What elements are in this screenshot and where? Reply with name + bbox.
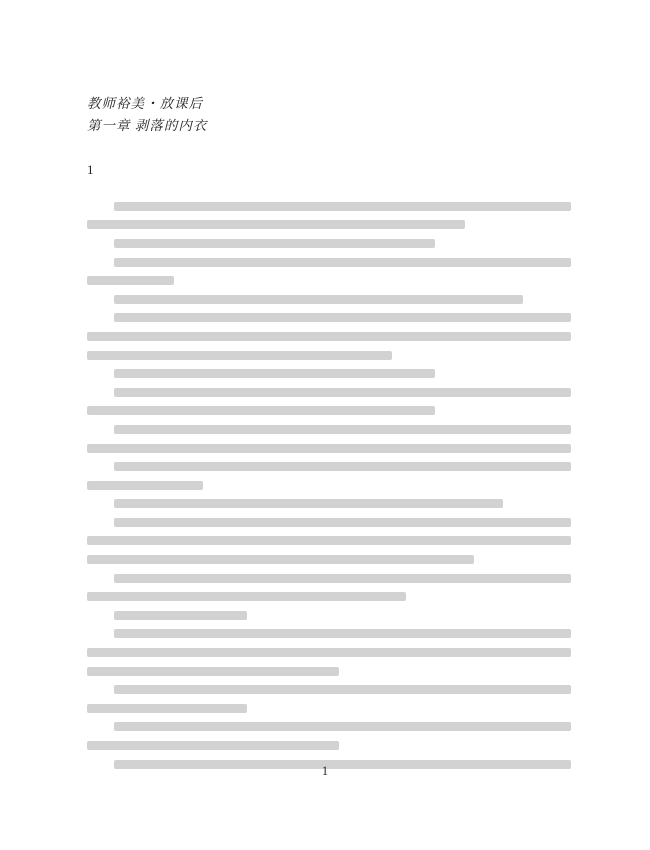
- redaction-bar: [114, 258, 571, 267]
- redacted-text-line: [87, 495, 571, 514]
- redacted-text-line: [87, 364, 571, 383]
- book-title: 教师裕美・放课后: [87, 93, 571, 115]
- redacted-text-line: [87, 662, 571, 681]
- redaction-bar: [87, 741, 339, 750]
- redaction-bar: [87, 444, 571, 453]
- page-number: 1: [0, 764, 650, 779]
- redaction-bar: [114, 611, 247, 620]
- chapter-title: 第一章 剥落的内衣: [87, 115, 571, 137]
- redacted-paragraph: [87, 495, 571, 514]
- redacted-text-line: [87, 327, 571, 346]
- redacted-text-line: [87, 457, 571, 476]
- redacted-text-line: [87, 197, 571, 216]
- redaction-bar: [87, 667, 339, 676]
- redacted-paragraph: [87, 309, 571, 365]
- redaction-bar: [114, 388, 571, 397]
- redacted-text-line: [87, 439, 571, 458]
- redacted-text-line: [87, 680, 571, 699]
- redaction-bar: [87, 536, 571, 545]
- redaction-bar: [87, 276, 174, 285]
- redaction-bar: [114, 462, 571, 471]
- redaction-bar: [87, 704, 247, 713]
- redaction-bar: [114, 313, 571, 322]
- text-area: 教师裕美・放课后 第一章 剥落的内衣 1: [87, 93, 571, 773]
- redacted-text-line: [87, 309, 571, 328]
- redacted-text-line: [87, 569, 571, 588]
- redacted-paragraph: [87, 234, 571, 253]
- redaction-bar: [87, 648, 571, 657]
- redacted-text-line: [87, 587, 571, 606]
- redacted-paragraph: [87, 569, 571, 606]
- redacted-paragraph: [87, 290, 571, 309]
- redacted-text-line: [87, 253, 571, 272]
- redacted-text-line: [87, 699, 571, 718]
- redaction-bar: [87, 592, 406, 601]
- redacted-paragraph: [87, 383, 571, 420]
- redacted-text-line: [87, 346, 571, 365]
- document-page: 教师裕美・放课后 第一章 剥落的内衣 1 1: [0, 0, 650, 850]
- redacted-text-line: [87, 532, 571, 551]
- body-text-redacted: [87, 197, 571, 773]
- redacted-text-line: [87, 271, 571, 290]
- redacted-paragraph: [87, 680, 571, 717]
- redacted-text-line: [87, 625, 571, 644]
- redaction-bar: [114, 239, 435, 248]
- redaction-bar: [114, 499, 503, 508]
- redacted-text-line: [87, 234, 571, 253]
- redaction-bar: [114, 629, 571, 638]
- redacted-paragraph: [87, 364, 571, 383]
- redaction-bar: [114, 202, 571, 211]
- redaction-bar: [87, 332, 571, 341]
- redacted-text-line: [87, 513, 571, 532]
- redaction-bar: [87, 406, 435, 415]
- redacted-text-line: [87, 718, 571, 737]
- redacted-text-line: [87, 643, 571, 662]
- section-number: 1: [87, 161, 571, 179]
- redaction-bar: [87, 555, 474, 564]
- redaction-bar: [87, 351, 392, 360]
- redacted-text-line: [87, 216, 571, 235]
- redacted-paragraph: [87, 457, 571, 494]
- redacted-paragraph: [87, 625, 571, 681]
- redaction-bar: [114, 369, 435, 378]
- redacted-paragraph: [87, 606, 571, 625]
- redacted-text-line: [87, 606, 571, 625]
- redacted-text-line: [87, 420, 571, 439]
- redaction-bar: [87, 220, 465, 229]
- redaction-bar: [114, 685, 571, 694]
- redacted-text-line: [87, 383, 571, 402]
- redacted-paragraph: [87, 513, 571, 569]
- redacted-paragraph: [87, 718, 571, 755]
- redacted-text-line: [87, 402, 571, 421]
- redaction-bar: [114, 295, 523, 304]
- redacted-text-line: [87, 550, 571, 569]
- redacted-paragraph: [87, 197, 571, 234]
- redacted-text-line: [87, 476, 571, 495]
- redacted-paragraph: [87, 420, 571, 457]
- redacted-text-line: [87, 736, 571, 755]
- redacted-paragraph: [87, 253, 571, 290]
- redaction-bar: [114, 425, 571, 434]
- redaction-bar: [114, 722, 571, 731]
- redaction-bar: [114, 518, 571, 527]
- redacted-text-line: [87, 290, 571, 309]
- redaction-bar: [114, 574, 571, 583]
- redaction-bar: [87, 481, 203, 490]
